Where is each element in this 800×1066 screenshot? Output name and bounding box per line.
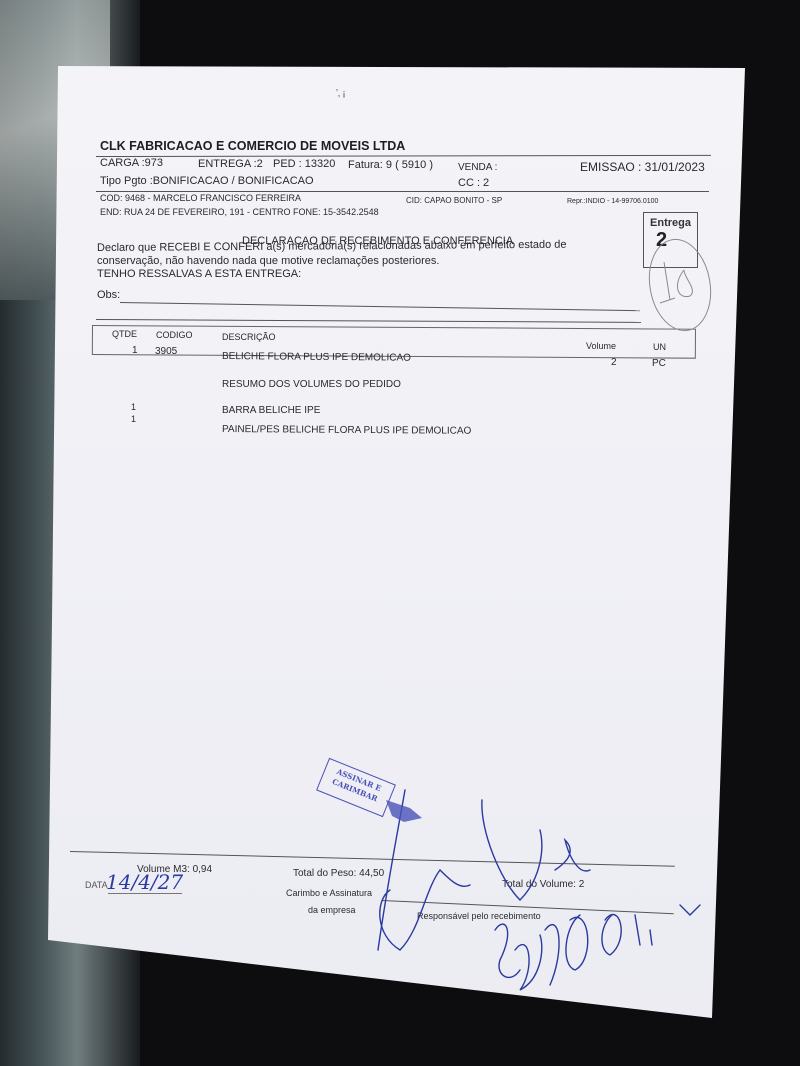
pencil-circle-note: [642, 234, 717, 335]
stamp-arrow-icon: [386, 800, 422, 822]
handwritten-note: [495, 905, 700, 990]
handwriting-layer: [0, 0, 800, 1066]
